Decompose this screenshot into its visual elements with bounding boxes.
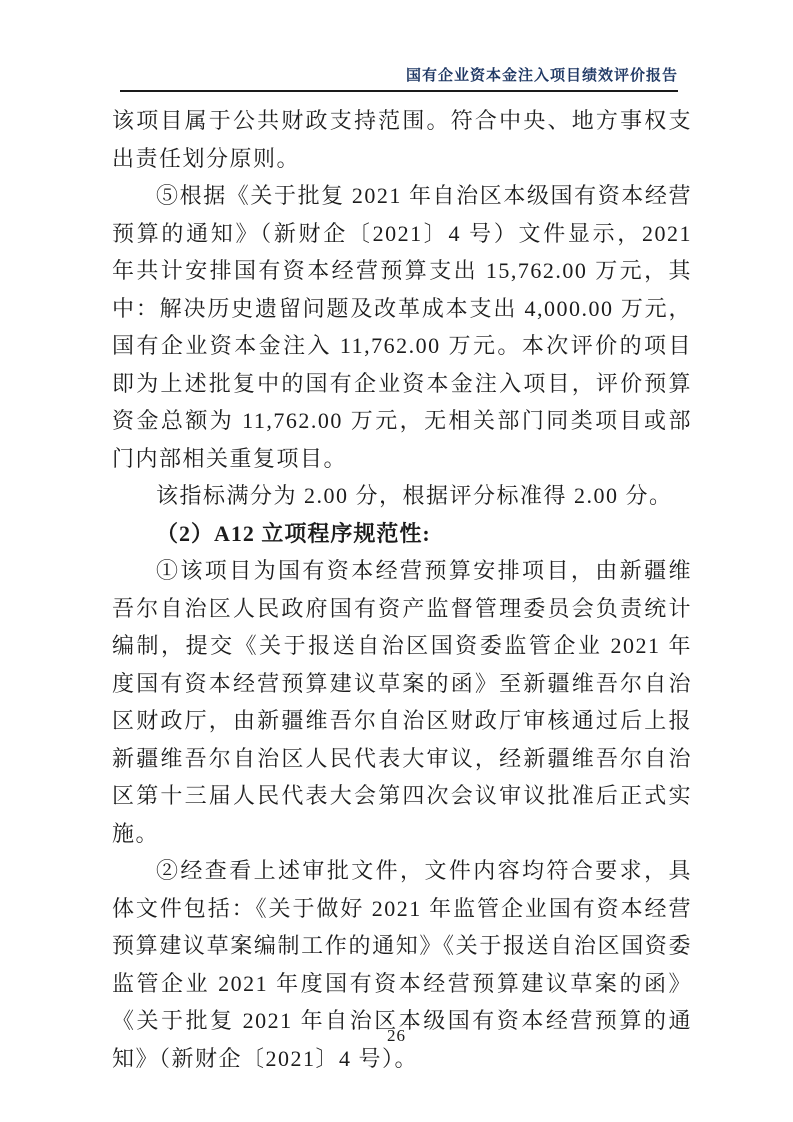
paragraph-item-5: ⑤根据《关于批复 2021 年自治区本级国有资本经营预算的通知》（新财企〔202…	[112, 177, 692, 477]
document-page: 国有企业资本金注入项目绩效评价报告 该项目属于公共财政支持范围。符合中央、地方事…	[0, 0, 793, 1122]
paragraph-score-statement: 该指标满分为 2.00 分，根据评分标准得 2.00 分。	[112, 477, 692, 515]
running-header-title: 国有企业资本金注入项目绩效评价报告	[406, 67, 678, 84]
document-body: 该项目属于公共财政支持范围。符合中央、地方事权支出责任划分原则。 ⑤根据《关于批…	[112, 102, 692, 1077]
paragraph-continuation: 该项目属于公共财政支持范围。符合中央、地方事权支出责任划分原则。	[112, 102, 692, 177]
paragraph-item-1: ①该项目为国有资本经营预算安排项目，由新疆维吾尔自治区人民政府国有资产监督管理委…	[112, 552, 692, 852]
section-heading-a12: （2）A12 立项程序规范性:	[112, 515, 692, 553]
page-number: 26	[387, 1026, 406, 1045]
running-header: 国有企业资本金注入项目绩效评价报告	[120, 64, 678, 92]
page-footer: 26	[0, 1026, 793, 1046]
